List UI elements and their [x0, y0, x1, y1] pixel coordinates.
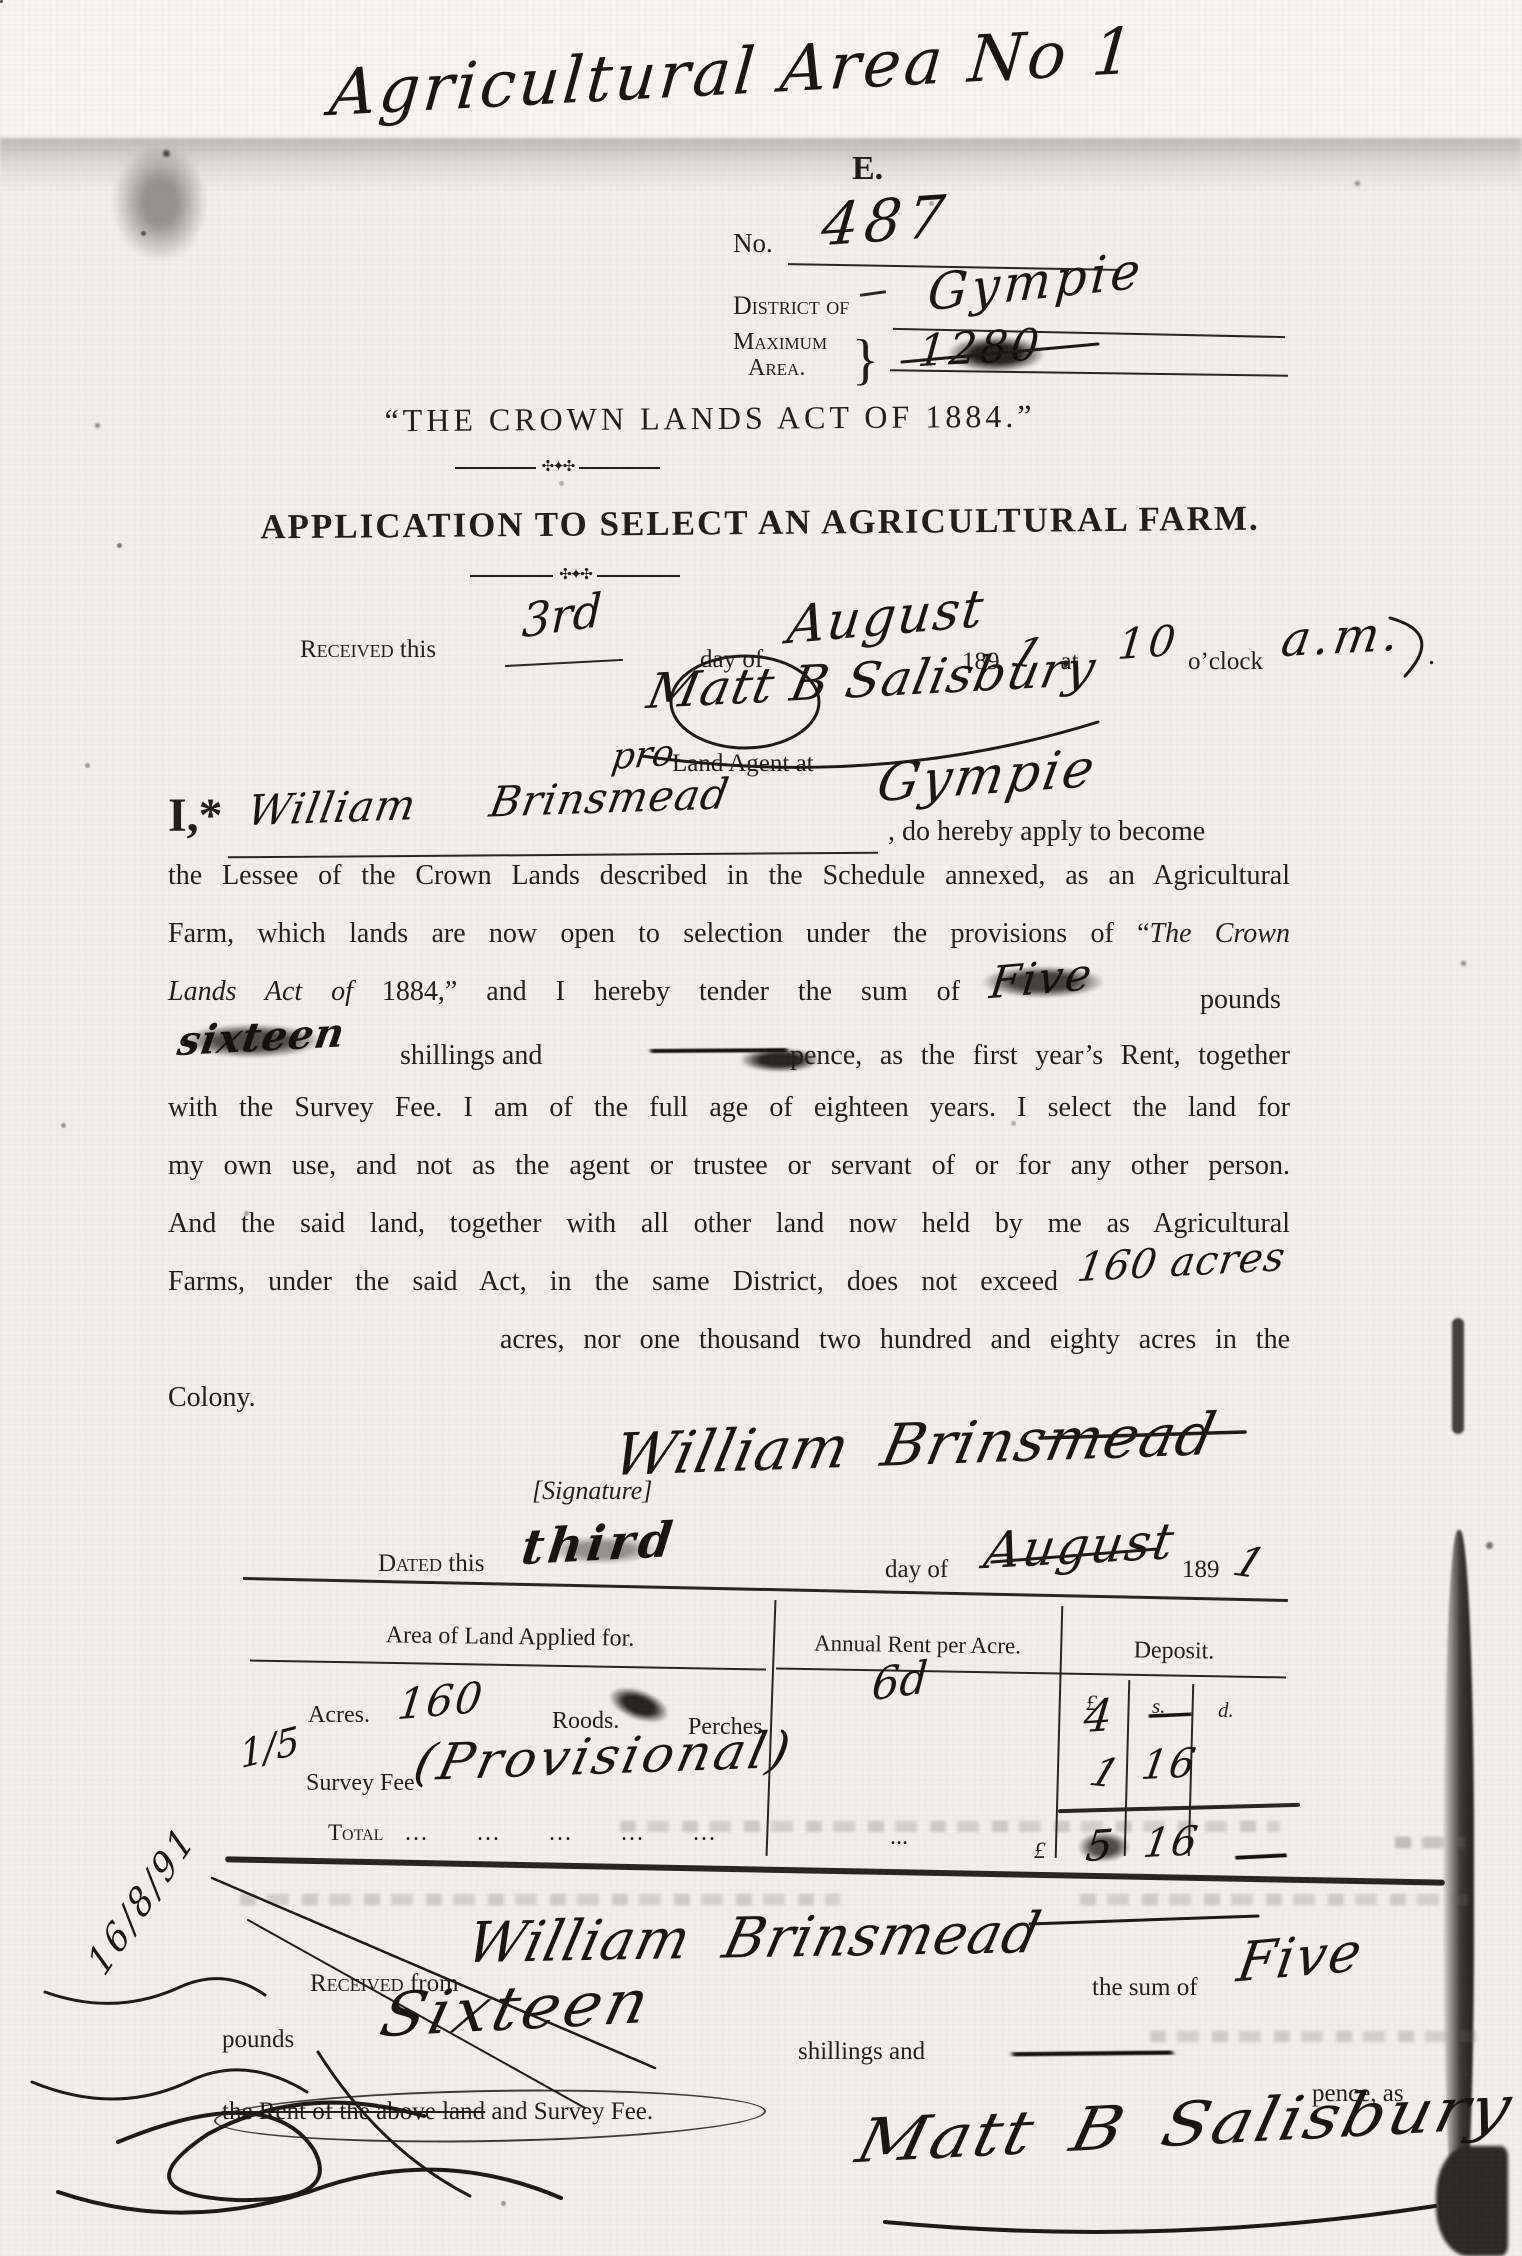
divider-line — [470, 575, 553, 577]
oclock-label: o’clock — [1188, 648, 1263, 676]
total-pounds-value: 5 — [1084, 1824, 1115, 1868]
line3-regular: Farm, which lands are now open to select… — [168, 918, 1150, 949]
pro-value: pro — [609, 735, 676, 776]
no-flourish-dash — [860, 290, 886, 297]
received-this-label: Received this — [300, 636, 436, 664]
bleedthrough-text-line — [1080, 1894, 1470, 1906]
year-digit: 1 — [1228, 1541, 1271, 1585]
declaration-line4: Lands Act of 1884,” and I hereby tender … — [168, 976, 960, 1008]
rent-per-acre-value: 6d — [870, 1656, 929, 1709]
bleedthrough-text-line — [1150, 2031, 1480, 2043]
applicant-name-underline — [228, 852, 878, 859]
district-label: District of — [733, 291, 849, 321]
scan-top-band — [0, 138, 1522, 194]
pence-column-header: d. — [1218, 1698, 1234, 1723]
margin-loop — [58, 2170, 561, 2213]
ornamental-divider: ✣✦✣ — [470, 568, 680, 583]
receipt-agent-signature: Matt B Salisbury — [851, 2077, 1519, 2172]
received-label: Received — [300, 636, 394, 663]
shillings-label: shillings and — [400, 1040, 542, 1072]
ornamental-divider: ✣✦✣ — [455, 460, 660, 475]
line3-italic: The Crown — [1150, 918, 1291, 949]
total-label: Total — [328, 1820, 383, 1846]
no-label: No. — [733, 228, 773, 259]
declaration-line10: acres, nor one thousand two hundred and … — [500, 1324, 1290, 1356]
acres-label: Acres. — [308, 1702, 370, 1729]
pounds-label: pounds — [1200, 984, 1281, 1016]
margin-note: 16/8/91 — [83, 1819, 203, 1983]
total-shillings-value: 16 — [1141, 1821, 1202, 1864]
declaration-line3: Farm, which lands are now open to select… — [168, 918, 1290, 950]
received-day-underline — [505, 659, 623, 667]
table-col-deposit-header: Deposit. — [1060, 1636, 1288, 1666]
scan-bottom-right-blob — [1436, 2146, 1508, 2256]
dated-day-value: third — [519, 1516, 679, 1572]
divider-line — [455, 467, 536, 469]
scan-specks — [0, 0, 3, 3]
land-held-value: 160 acres — [1075, 1237, 1289, 1288]
applicant-name: William Brinsmead — [244, 773, 732, 832]
maximum-label: Maximum — [733, 330, 827, 355]
total-pence-value: — — [1229, 1837, 1291, 1872]
tendered-pounds-value: Five — [987, 953, 1096, 1007]
line4-italic: Lands Act of — [168, 976, 382, 1007]
rent-row-pounds-value: 4 — [1082, 1694, 1115, 1740]
page-title: APPLICATION TO SELECT AN AGRICULTURAL FA… — [160, 498, 1360, 548]
this-label: this — [400, 636, 436, 663]
survey-fraction-value: 1/5 — [239, 1721, 301, 1774]
acres-value: 160 — [395, 1676, 486, 1726]
line4-regular: 1884,” and I hereby tender the sum of — [382, 976, 960, 1007]
area-label: Area. — [748, 356, 805, 381]
form-letter: E. — [852, 150, 883, 188]
receipt-pounds-value: Five — [1234, 1925, 1367, 1991]
struck-text-oval — [214, 2085, 767, 2147]
payer-name-tcross — [1030, 1916, 1258, 1924]
no-value: 487 — [819, 187, 954, 255]
declaration-line5-rest: pence, as the first year’s Rent, togethe… — [790, 1040, 1290, 1072]
declaration-line2: the Lessee of the Crown Lands described … — [168, 860, 1290, 892]
salisbury-underline-flourish — [885, 2206, 1435, 2232]
margin-squiggle — [45, 1979, 265, 2004]
declaration-line9: Farms, under the said Act, in the same D… — [168, 1266, 1058, 1298]
declaration-opening: I,* — [168, 788, 223, 843]
time-value: 10 — [1116, 620, 1182, 667]
meridiem-value: a.m. — [1278, 609, 1406, 664]
applicant-signature: William Brinsmead — [609, 1405, 1222, 1484]
total-pound-sign: £ — [1034, 1838, 1046, 1864]
maximum-area-brace: } — [852, 328, 879, 392]
received-month-value: August — [785, 582, 988, 652]
pounds-label: pounds — [222, 2026, 294, 2054]
dated-label: Dated — [378, 1550, 442, 1577]
table-top-rule — [243, 1577, 1288, 1602]
sentence-period: . — [1428, 640, 1435, 672]
declaration-line11: Colony. — [168, 1382, 256, 1414]
receipt-shillings-value: Sixteen — [375, 1972, 657, 2047]
year-printed: 189 — [1182, 1556, 1220, 1584]
scan-topleft-blotch — [112, 144, 208, 262]
survey-row-pounds-value: 1 — [1085, 1753, 1124, 1794]
dated-this-label: Dated this — [378, 1550, 484, 1578]
survey-fee-value: (Provisional) — [410, 1725, 798, 1789]
declaration-line8: And the said land, together with all oth… — [168, 1208, 1290, 1240]
maximum-area-value: 1280 — [916, 323, 1044, 374]
bleedthrough-text-line — [240, 1894, 840, 1906]
tendered-pence-value: — — [640, 1031, 797, 1066]
agent-place-value: Gympie — [873, 742, 1101, 810]
receipt-pence-value: — — [997, 2032, 1186, 2070]
total-dots-rent: ... — [890, 1824, 908, 1851]
bleedthrough-text-line — [1395, 1837, 1465, 1849]
payer-name: William Brinsmead — [462, 1906, 1047, 1972]
received-day-value: 3rd — [521, 586, 603, 644]
act-title: “THE CROWN LANDS ACT OF 1884.” — [280, 397, 1140, 440]
survey-fee-label: Survey Fee — [306, 1770, 415, 1797]
table-header-underline — [250, 1659, 766, 1670]
declaration-line6: with the Survey Fee. I am of the full ag… — [168, 1092, 1290, 1124]
total-dots: ... ... ... ... ... — [405, 1820, 717, 1847]
declaration-line1-rest: , do hereby apply to become — [888, 816, 1205, 848]
divider-ornament-icon: ✣✦✣ — [559, 568, 591, 583]
district-value: Gympie — [926, 245, 1146, 318]
divider-ornament-icon: ✣✦✣ — [542, 460, 574, 475]
scanned-application-form: Agricultural Area No 1 E. No. 487 Distri… — [0, 0, 1522, 2256]
this-label: this — [448, 1550, 484, 1577]
table-col-area-header: Area of Land Applied for. — [250, 1620, 770, 1654]
margin-squiggle — [32, 2070, 307, 2099]
survey-row-shillings-value: 16 — [1139, 1743, 1200, 1786]
scan-right-edge-mark — [1452, 1318, 1464, 1434]
divider-line — [579, 467, 660, 469]
dated-month-value: August — [981, 1516, 1179, 1576]
rent-row-shillings-value: — — [1144, 1698, 1195, 1730]
table-header-underline — [776, 1668, 1286, 1679]
sum-of-label: the sum of — [1092, 1974, 1198, 2002]
total-sum-rule — [1058, 1803, 1300, 1813]
declaration-line7: my own use, and not as the agent or trus… — [168, 1150, 1290, 1182]
shillings-label: shillings and — [798, 2038, 925, 2066]
divider-line — [597, 575, 680, 577]
tendered-shillings-value: sixteen — [175, 1013, 348, 1062]
day-of-label: day of — [885, 1556, 948, 1584]
